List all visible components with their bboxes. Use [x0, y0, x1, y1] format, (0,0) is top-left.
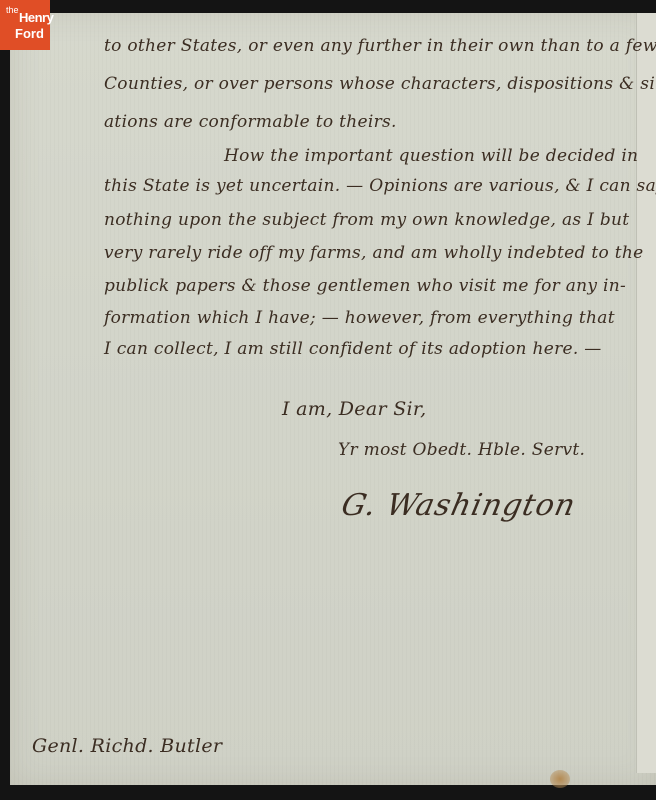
henry-ford-logo: the Henry Ford [0, 0, 50, 50]
paper-stain [550, 770, 570, 788]
signature: G. Washington [338, 488, 579, 523]
body-line: this State is yet uncertain. — Opinions … [104, 176, 656, 196]
body-line: publick papers & those gentlemen who vis… [104, 276, 626, 296]
body-line: nothing upon the subject from my own kno… [104, 210, 629, 230]
page-fold-edge [636, 13, 656, 773]
addressee: Genl. Richd. Butler [32, 735, 222, 757]
closing-salutation: I am, Dear Sir, [282, 398, 427, 420]
logo-henry: Henry [19, 11, 53, 24]
body-line: ations are conformable to theirs. [104, 112, 397, 132]
body-line: How the important question will be decid… [224, 146, 638, 166]
logo-the: the [6, 6, 19, 15]
body-line: to other States, or even any further in … [104, 36, 656, 56]
body-line: very rarely ride off my farms, and am wh… [104, 243, 644, 263]
logo-ford: Ford [15, 27, 44, 40]
body-line: formation which I have; — however, from … [104, 308, 615, 328]
closing-servant: Yr most Obedt. Hble. Servt. [338, 440, 585, 460]
body-line: Counties, or over persons whose characte… [104, 74, 656, 94]
body-line: I can collect, I am still confident of i… [104, 339, 602, 359]
